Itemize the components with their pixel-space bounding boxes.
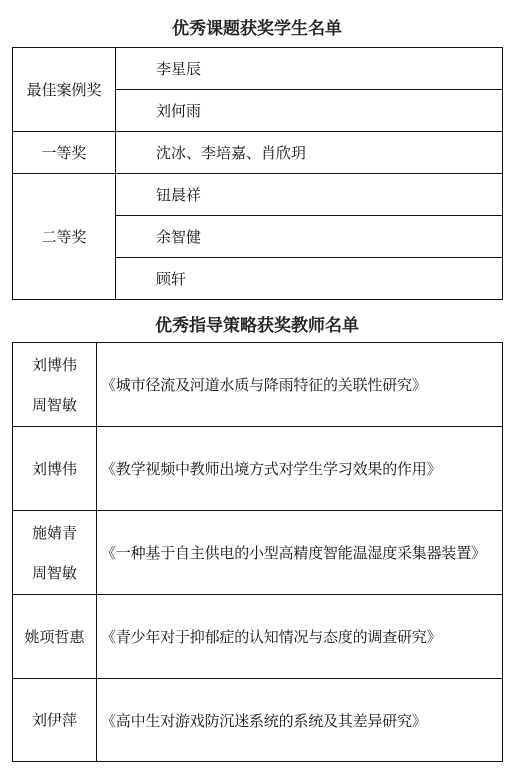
teacher-name: 施婧青 [13,513,96,553]
student-name: 沈冰、李培嘉、肖欣玥 [116,132,503,174]
table-row: 姚项哲惠 《青少年对于抑郁症的认知情况与态度的调查研究》 [13,595,503,679]
project-title: 《高中生对游戏防沉迷系统的系统及其差异研究》 [97,679,503,762]
table-row: 二等奖 钮晨祥 [13,174,503,216]
teacher-awards-table: 刘博伟 周智敏 《城市径流及河道水质与降雨特征的关联性研究》 刘博伟 《教学视频… [12,342,503,762]
project-title: 《城市径流及河道水质与降雨特征的关联性研究》 [97,343,503,427]
table-row: 刘伊萍 《高中生对游戏防沉迷系统的系统及其差异研究》 [13,679,503,762]
teacher-names: 姚项哲惠 [13,595,97,679]
project-title: 《教学视频中教师出境方式对学生学习效果的作用》 [97,427,503,511]
teachers-section-title: 优秀指导策略获奖教师名单 [0,311,514,336]
teacher-names: 施婧青 周智敏 [13,511,97,595]
student-name: 李星辰 [116,48,503,90]
student-awards-table: 最佳案例奖 李星辰 刘何雨 一等奖 沈冰、李培嘉、肖欣玥 二等奖 钮晨祥 余智健… [12,47,503,300]
table-row: 刘博伟 周智敏 《城市径流及河道水质与降雨特征的关联性研究》 [13,343,503,427]
teacher-names: 刘伊萍 [13,679,97,762]
student-name: 余智健 [116,216,503,258]
table-row: 施婧青 周智敏 《一种基于自主供电的小型高精度智能温湿度采集器装置》 [13,511,503,595]
table-row: 一等奖 沈冰、李培嘉、肖欣玥 [13,132,503,174]
student-name: 钮晨祥 [116,174,503,216]
teacher-name: 周智敏 [13,553,96,593]
teacher-name: 刘博伟 [13,449,96,489]
award-label: 二等奖 [13,174,116,300]
students-section-title: 优秀课题获奖学生名单 [0,14,514,39]
project-title: 《青少年对于抑郁症的认知情况与态度的调查研究》 [97,595,503,679]
project-title: 《一种基于自主供电的小型高精度智能温湿度采集器装置》 [97,511,503,595]
teacher-name: 刘伊萍 [13,700,96,740]
teacher-name: 周智敏 [13,385,96,425]
table-row: 最佳案例奖 李星辰 [13,48,503,90]
award-label: 最佳案例奖 [13,48,116,132]
student-name: 刘何雨 [116,90,503,132]
teacher-names: 刘博伟 周智敏 [13,343,97,427]
teacher-name: 姚项哲惠 [13,617,96,657]
student-name: 顾轩 [116,258,503,300]
award-label: 一等奖 [13,132,116,174]
teacher-name: 刘博伟 [13,345,96,385]
table-row: 刘博伟 《教学视频中教师出境方式对学生学习效果的作用》 [13,427,503,511]
teacher-names: 刘博伟 [13,427,97,511]
